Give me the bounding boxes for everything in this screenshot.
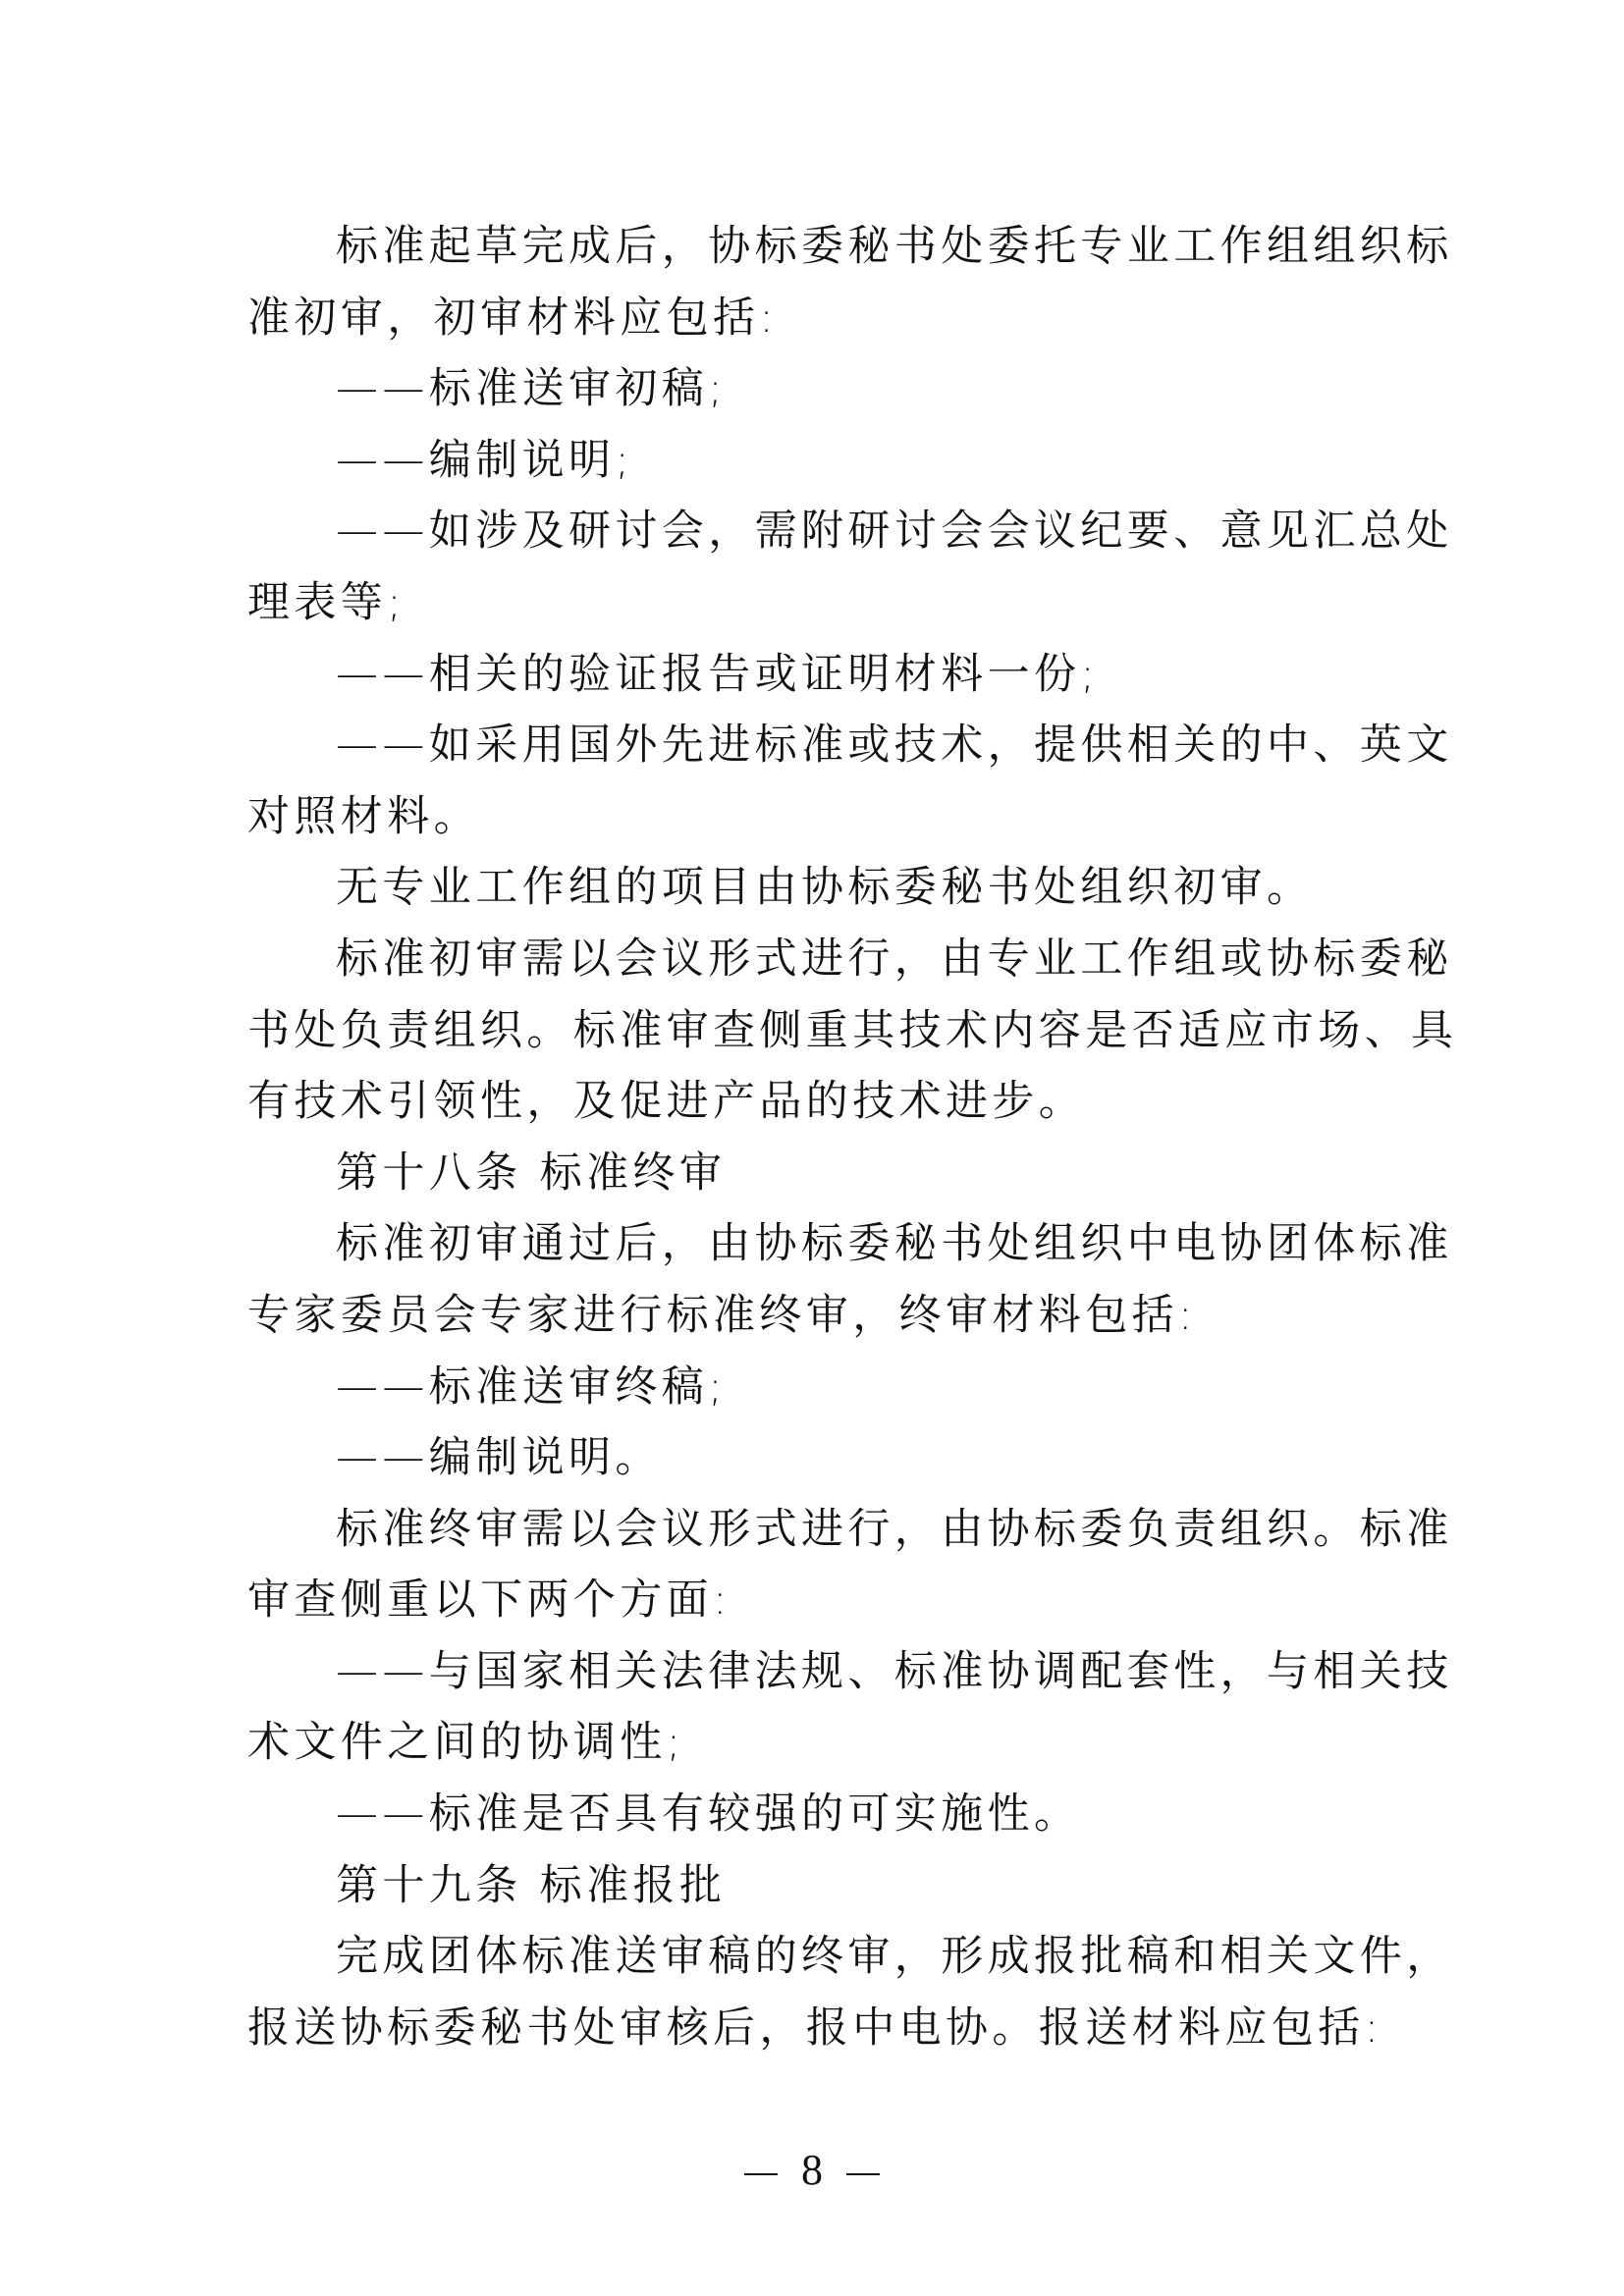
paragraph-line: 标准起草完成后，协标委秘书处委托专业工作组组织标 <box>247 211 1386 283</box>
list-item: ——标准是否具有较强的可实施性。 <box>247 1779 1386 1850</box>
article-heading: 第十九条 标准报批 <box>247 1850 1386 1922</box>
list-item: ——如涉及研讨会，需附研讨会会议纪要、意见汇总处 <box>247 496 1386 567</box>
list-item: ——与国家相关法律法规、标准协调配套性，与相关技 <box>247 1636 1386 1708</box>
list-item-continuation: 理表等; <box>247 567 1386 639</box>
paragraph-line: 专家委员会专家进行标准终审，终审材料包括: <box>247 1280 1386 1352</box>
paragraph-line: 无专业工作组的项目由协标委秘书处组织初审。 <box>247 852 1386 924</box>
page-number: 8 <box>801 2146 823 2194</box>
dash-left-decoration <box>744 2173 778 2175</box>
list-item: ——编制说明。 <box>247 1422 1386 1494</box>
list-item: ——编制说明; <box>247 425 1386 497</box>
paragraph-line: 审查侧重以下两个方面: <box>247 1565 1386 1636</box>
list-item: ——如采用国外先进标准或技术，提供相关的中、英文 <box>247 710 1386 781</box>
paragraph-line: 标准初审需以会议形式进行，由专业工作组或协标委秘 <box>247 924 1386 995</box>
document-page: 标准起草完成后，协标委秘书处委托专业工作组组织标 准初审，初审材料应包括: ——… <box>0 0 1624 2296</box>
list-item: ——标准送审初稿; <box>247 353 1386 425</box>
list-item: ——标准送审终稿; <box>247 1352 1386 1423</box>
paragraph-line: 准初审，初审材料应包括: <box>247 283 1386 354</box>
paragraph-line: 完成团体标准送审稿的终审，形成报批稿和相关文件， <box>247 1921 1386 1993</box>
list-item-continuation: 对照材料。 <box>247 781 1386 853</box>
document-body: 标准起草完成后，协标委秘书处委托专业工作组组织标 准初审，初审材料应包括: ——… <box>247 211 1386 2063</box>
list-item: ——相关的验证报告或证明材料一份; <box>247 639 1386 711</box>
paragraph-line: 标准终审需以会议形式进行，由协标委负责组织。标准 <box>247 1494 1386 1566</box>
list-item-continuation: 术文件之间的协调性; <box>247 1707 1386 1779</box>
dash-right-decoration <box>846 2173 880 2175</box>
paragraph-line: 书处负责组织。标准审查侧重其技术内容是否适应市场、具 <box>247 995 1386 1067</box>
paragraph-line: 报送协标委秘书处审核后，报中电协。报送材料应包括: <box>247 1993 1386 2064</box>
page-number-footer: 8 <box>0 2145 1624 2195</box>
paragraph-line: 有技术引领性，及促进产品的技术进步。 <box>247 1066 1386 1138</box>
article-heading: 第十八条 标准终审 <box>247 1138 1386 1209</box>
paragraph-line: 标准初审通过后，由协标委秘书处组织中电协团体标准 <box>247 1208 1386 1280</box>
